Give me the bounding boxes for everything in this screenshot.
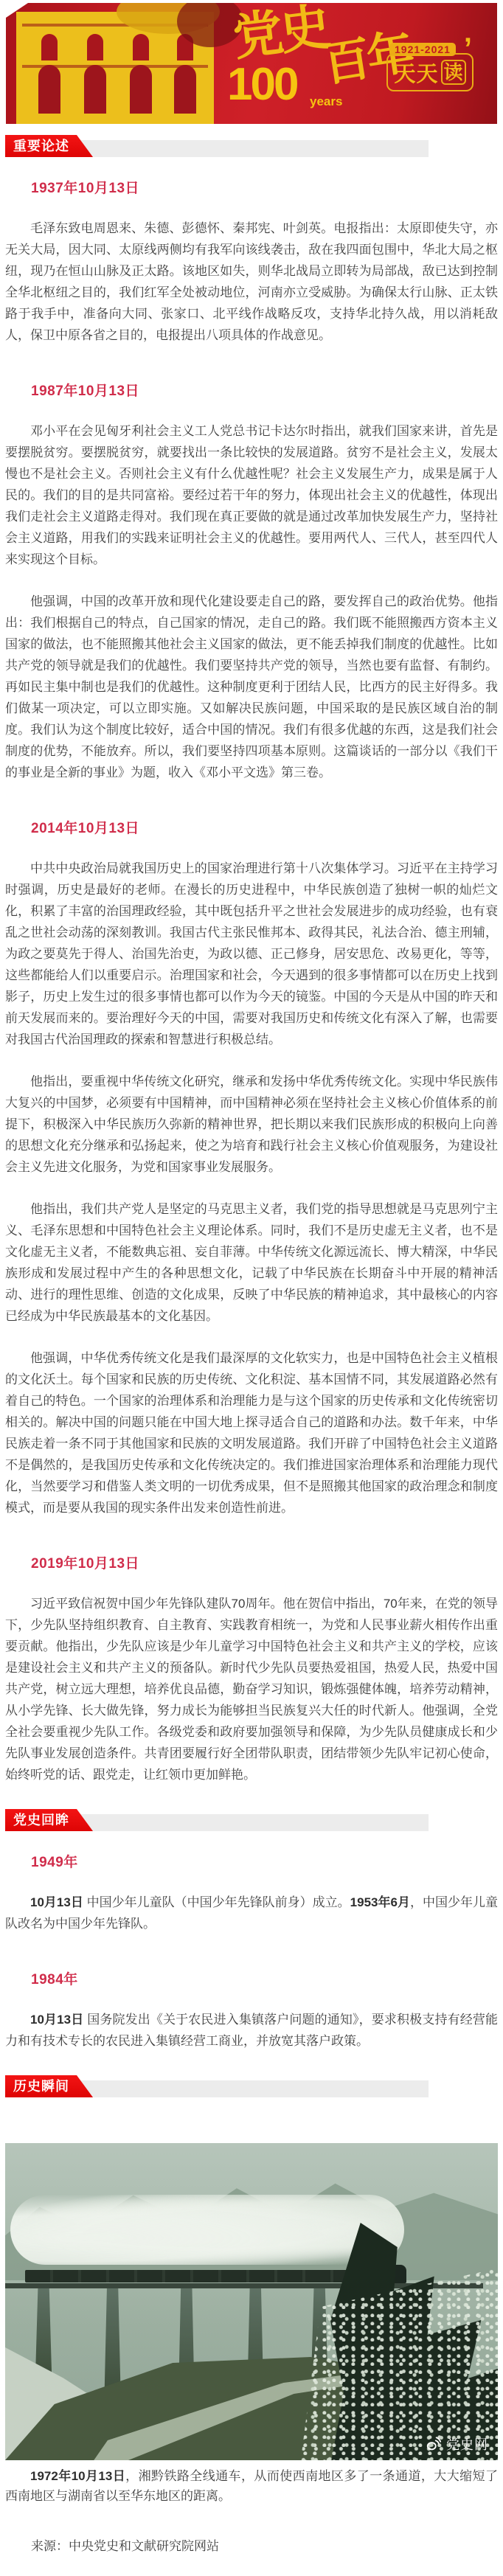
banner-calligraphy-dangshi: 党史 xyxy=(230,3,330,63)
photo-blossom-texture xyxy=(301,2268,498,2460)
bold-date-text: 1953年6月 xyxy=(350,1895,410,1909)
section-tag: 历史瞬间 xyxy=(5,2075,93,2097)
paragraph-text: 他强调，中华优秀传统文化是我们最深厚的文化软实力，也是中国特色社会主义植根的文化… xyxy=(5,1351,498,1515)
body-paragraph: 他强调，中国的改革开放和现代化建设要走自己的路，要发挥自己的政治优势。他指出：我… xyxy=(5,591,498,783)
tiantiandu-badge: 1921-2021 ’ 天天 读 xyxy=(386,46,473,91)
bold-date-text: 10月13日 xyxy=(30,1895,83,1909)
photo-watermark-text: 党史网 xyxy=(446,2434,488,2454)
building-door-arch xyxy=(174,65,196,114)
body-paragraph: 邓小平在会见匈牙利社会主义工人党总书记卡达尔时指出，就我们国家来讲，首先是要摆脱… xyxy=(5,420,498,570)
body-paragraph: 习近平致信祝贺中国少年先锋队建队70周年。他在贺信中指出，70年来，在党的领导下… xyxy=(5,1593,498,1785)
date-heading: 1984年 xyxy=(31,1968,498,1988)
sections: 重要论述1937年10月13日毛泽东致电周恩来、朱德、彭德怀、秦邦宪、叶剑英。电… xyxy=(5,135,498,2097)
badge-title-boxed: 读 xyxy=(441,60,466,85)
building-door-arch xyxy=(130,65,152,114)
paragraph-text: 他强调，中国的改革开放和现代化建设要走自己的路，要发挥自己的政治优势。他指出：我… xyxy=(5,594,498,780)
body-paragraph: 中共中央政治局就我国历史上的国家治理进行第十八次集体学习。习近平在主持学习时强调… xyxy=(5,858,498,1050)
paragraph-text: 中共中央政治局就我国历史上的国家治理进行第十八次集体学习。习近平在主持学习时强调… xyxy=(5,861,498,1046)
paragraph-text: 毛泽东致电周恩来、朱德、彭德怀、秦邦宪、叶剑英。电报指出：太原即使失守，亦无关大… xyxy=(5,221,498,342)
article-page: 党史 100 years 百年 1921-2021 ’ 天天 读 重要论述193… xyxy=(0,0,503,2576)
bold-date-text: 10月13日 xyxy=(30,2013,83,2027)
date-heading: 1937年10月13日 xyxy=(31,177,498,197)
body-paragraph: 10月13日 中国少年儿童队（中国少年先锋队前身）成立。1953年6月，中国少年… xyxy=(5,1892,498,1934)
badge-title-prefix: 天天 xyxy=(394,58,438,88)
paragraph-text: 他指出，我们共产党人是坚定的马克思主义者，我们党的指导思想就是马克思列宁主义、毛… xyxy=(5,1202,498,1323)
photo-watermark: 党史网 xyxy=(426,2434,488,2454)
paragraph-text: 邓小平在会见匈牙利社会主义工人党总书记卡达尔时指出，就我们国家来讲，首先是要摆脱… xyxy=(5,424,498,566)
paragraph-text: 他指出，要重视中华传统文化研究，继承和发扬中华优秀传统文化。实现中华民族伟大复兴… xyxy=(5,1075,498,1174)
body-paragraph: 他强调，中华优秀传统文化是我们最深厚的文化软实力，也是中国特色社会主义植根的文化… xyxy=(5,1347,498,1518)
bold-date-text: 1972年10月13日 xyxy=(30,2469,125,2483)
source-line: 来源：中央党史和文献研究院网站 xyxy=(31,2535,498,2554)
body-paragraph: 他指出，要重视中华传统文化研究，继承和发扬中华优秀传统文化。实现中华民族伟大复兴… xyxy=(5,1071,498,1178)
paragraph-text: 中国少年儿童队（中国少年先锋队前身）成立。 xyxy=(83,1895,350,1909)
building-door-arch xyxy=(38,65,60,114)
section-header-bar: 历史瞬间 xyxy=(5,2075,429,2097)
photo-caption-text: 1972年10月13日，湘黔铁路全线通车，从而使西南地区多了一条通道，大大缩短了… xyxy=(5,2466,498,2506)
banner-years-label: years xyxy=(310,94,342,109)
date-heading: 1987年10月13日 xyxy=(31,380,498,400)
body-paragraph: 10月13日 国务院发出《关于农民进入集镇落户问题的通知》，要求积极支持有经营能… xyxy=(5,2009,498,2052)
building-door-arch xyxy=(84,65,106,114)
weibo-icon xyxy=(426,2436,442,2452)
banner-number-100: 100 xyxy=(227,62,296,108)
building-window xyxy=(87,34,103,60)
photo-train-cars xyxy=(25,2270,380,2282)
date-heading: 1949年 xyxy=(31,1851,498,1871)
body-paragraph: 他指出，我们共产党人是坚定的马克思主义者，我们党的指导思想就是马克思列宁主义、毛… xyxy=(5,1198,498,1327)
date-heading: 2019年10月13日 xyxy=(31,1552,498,1572)
header-banner: 党史 100 years 百年 1921-2021 ’ 天天 读 xyxy=(6,3,497,124)
badge-box: 天天 读 xyxy=(386,53,473,91)
building-window xyxy=(41,34,58,60)
section-tag: 重要论述 xyxy=(5,135,93,157)
body-paragraph: 毛泽东致电周恩来、朱德、彭德怀、秦邦宪、叶剑英。电报指出：太原即使失守，亦无关大… xyxy=(5,218,498,346)
section-header-bar: 重要论述 xyxy=(5,135,429,157)
photo-caption: 1972年10月13日，湘黔铁路全线通车，从而使西南地区多了一条通道，大大缩短了… xyxy=(5,2466,498,2506)
section-header-bar: 党史回眸 xyxy=(5,1809,429,1831)
paragraph-text: 习近平致信祝贺中国少年先锋队建队70周年。他在贺信中指出，70年来，在党的领导下… xyxy=(5,1597,498,1782)
photo-steam-smoke xyxy=(10,2195,404,2265)
date-heading: 2014年10月13日 xyxy=(31,817,498,837)
section-tag: 党史回眸 xyxy=(5,1809,93,1831)
building-window xyxy=(133,34,149,60)
article-photo[interactable]: 党史网 xyxy=(5,2143,498,2460)
